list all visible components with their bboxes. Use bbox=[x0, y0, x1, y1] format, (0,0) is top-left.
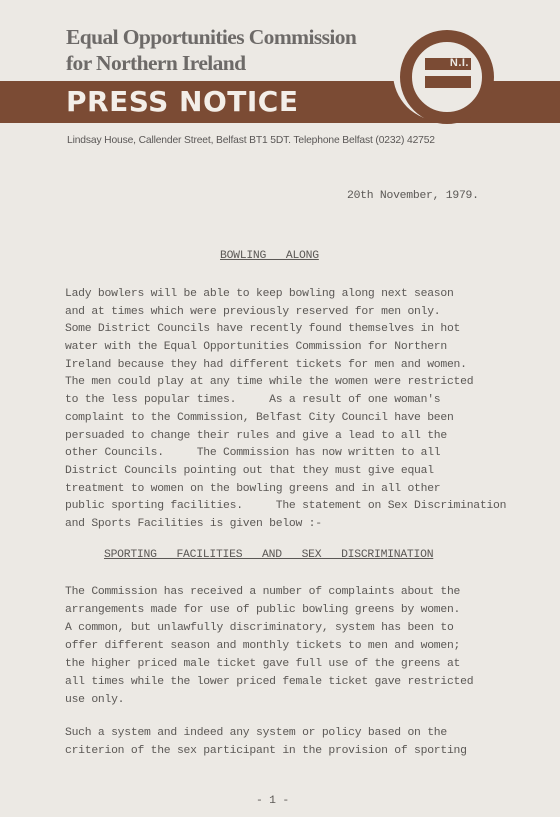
text-line: offer different season and monthly ticke… bbox=[65, 637, 473, 655]
text-line: water with the Equal Opportunities Commi… bbox=[65, 339, 506, 357]
text-line: The men could play at any time while the… bbox=[65, 374, 506, 392]
paragraph-1: Lady bowlers will be able to keep bowlin… bbox=[65, 286, 506, 534]
text-line: the higher priced male ticket gave full … bbox=[65, 655, 473, 673]
text-line: other Councils. The Commission has now w… bbox=[65, 445, 506, 463]
address-line: Lindsay House, Callender Street, Belfast… bbox=[67, 135, 435, 146]
org-name-line1: Equal Opportunities Commission bbox=[66, 24, 356, 50]
page-number: - 1 - bbox=[256, 795, 289, 807]
text-line: District Councils pointing out that they… bbox=[65, 463, 506, 481]
text-line: treatment to women on the bowling greens… bbox=[65, 481, 506, 499]
text-line: and at times which were previously reser… bbox=[65, 304, 506, 322]
text-line: and Sports Facilities is given below :- bbox=[65, 516, 506, 534]
organization-name: Equal Opportunities Commission for North… bbox=[66, 24, 356, 76]
press-notice-title: PRESS NOTICE bbox=[66, 84, 298, 120]
paragraph-2: The Commission has received a number of … bbox=[65, 583, 473, 709]
logo-equals-top-icon: N.I. bbox=[425, 58, 471, 70]
heading-bowling-along: BOWLING ALONG bbox=[220, 250, 319, 262]
text-line: criterion of the sex participant in the … bbox=[65, 742, 467, 760]
text-line: use only. bbox=[65, 691, 473, 709]
text-line: A common, but unlawfully discriminatory,… bbox=[65, 619, 473, 637]
text-line: public sporting facilities. The statemen… bbox=[65, 498, 506, 516]
text-line: Some District Councils have recently fou… bbox=[65, 321, 506, 339]
text-line: complaint to the Commission, Belfast Cit… bbox=[65, 410, 506, 428]
text-line: Such a system and indeed any system or p… bbox=[65, 724, 467, 742]
logo-text: N.I. bbox=[450, 57, 469, 70]
heading-sporting-facilities: SPORTING FACILITIES AND SEX DISCRIMINATI… bbox=[104, 549, 433, 561]
org-name-line2: for Northern Ireland bbox=[66, 50, 356, 76]
document-date: 20th November, 1979. bbox=[347, 190, 479, 202]
text-line: to the less popular times. As a result o… bbox=[65, 392, 506, 410]
text-line: arrangements made for use of public bowl… bbox=[65, 601, 473, 619]
text-line: persuaded to change their rules and give… bbox=[65, 428, 506, 446]
text-line: Lady bowlers will be able to keep bowlin… bbox=[65, 286, 506, 304]
logo-equals-bottom-icon bbox=[425, 76, 471, 88]
text-line: Ireland because they had different ticke… bbox=[65, 357, 506, 375]
text-line: all times while the lower priced female … bbox=[65, 673, 473, 691]
text-line: The Commission has received a number of … bbox=[65, 583, 473, 601]
paragraph-3: Such a system and indeed any system or p… bbox=[65, 724, 467, 760]
